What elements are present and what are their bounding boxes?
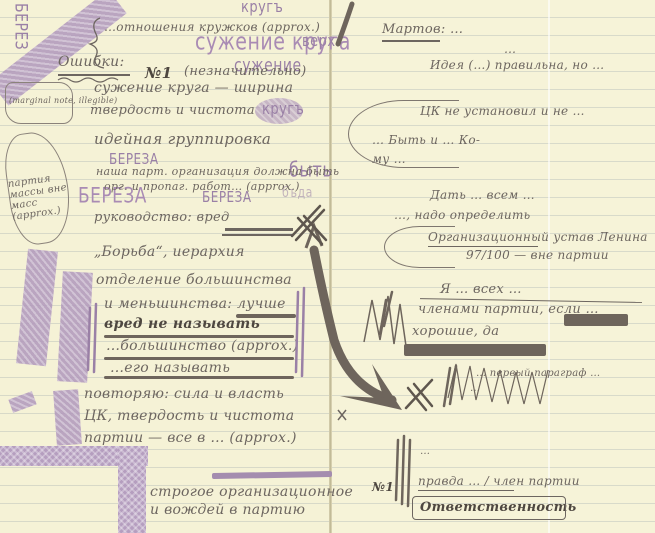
diagonal-stroke — [338, 4, 352, 44]
wavy-underline — [58, 78, 118, 82]
zigzag-scribble-2 — [448, 364, 548, 404]
ink-strokes — [0, 0, 655, 533]
curly-brace — [90, 18, 104, 68]
violet-vertical-marks — [88, 288, 304, 376]
small-x-mark — [338, 410, 346, 420]
